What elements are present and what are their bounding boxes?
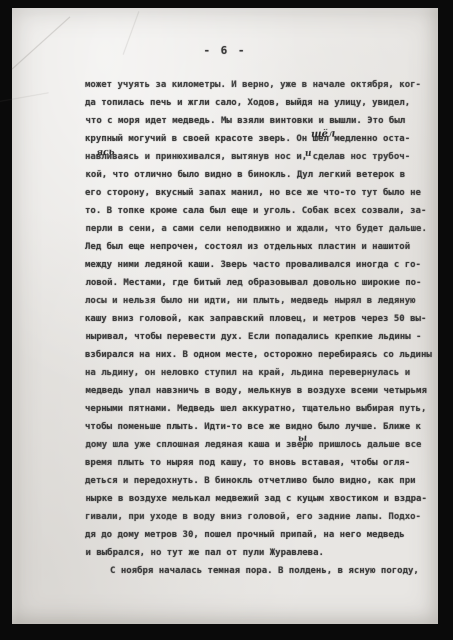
text-line: кой, что отлично было видно в бинокль. Д…	[86, 166, 440, 184]
text-line: дя до дому метров 30, пошел прочный прип…	[85, 526, 439, 544]
text-body: может учуять за километры. И верно, уже …	[85, 76, 439, 580]
text-line: на льдину, он неловко ступил на край, ль…	[85, 364, 439, 382]
text-line: ловой. Местами, где битый лед образовыва…	[86, 274, 440, 292]
text-line: его сторону, вкусный запах манил, но все…	[85, 184, 439, 202]
page-number: - 6 -	[12, 44, 438, 57]
text-line: что с моря идет медведь. Мы взяли винтов…	[86, 112, 440, 130]
text-line: кашу вниз головой, как заправский пловец…	[85, 310, 439, 328]
text-line: ныривал, чтобы перевести дух. Если попад…	[86, 328, 440, 346]
paper-crease	[11, 16, 70, 70]
text-line: деться и передохнуть. В бинокль отчетлив…	[85, 472, 439, 490]
text-line: С ноября началась темная пора. В полдень…	[85, 562, 439, 580]
text-line: крупный могучий в своей красоте зверь. О…	[85, 130, 439, 148]
text-line: между ними ледяной каши. Зверь часто про…	[85, 256, 439, 274]
text-line: медведь упал навзничь в воду, мелькнув в…	[86, 382, 440, 400]
paper-crease	[0, 92, 49, 104]
text-line: лосы и нельзя было ни идти, ни плыть, ме…	[85, 292, 439, 310]
text-line: то. В топке кроме сала был еще и уголь. …	[85, 202, 439, 220]
text-line: и выбрался, но тут же пал от пули Журавл…	[86, 544, 440, 562]
scan-black-border: - 6 - может учуять за километры. И верно…	[0, 0, 453, 640]
text-line: может учуять за километры. И верно, уже …	[85, 76, 439, 94]
text-line: нырке в воздухе мелькал медвежий зад с к…	[86, 490, 440, 508]
text-line: черными пятнами. Медведь шел аккуратно, …	[85, 400, 439, 418]
text-line: чтобы поменьше плыть. Идти-то все же вид…	[85, 418, 439, 436]
text-line: да топилась печь и жгли сало, Ходов, вый…	[85, 94, 439, 112]
text-line: дому шла уже сплошная ледяная каша и зве…	[86, 436, 440, 454]
text-line: Лед был еще непрочен, состоял из отдельн…	[85, 238, 439, 256]
text-line: перли в сени, а сами сели неподвижно и ж…	[86, 220, 440, 238]
text-line: навливаясь и принюхивался, вытянув нос и…	[85, 148, 439, 166]
text-line: гивали, при уходе в воду вниз головой, е…	[85, 508, 439, 526]
text-line: взбирался на них. В одном месте, осторож…	[85, 346, 439, 364]
document-page: - 6 - может учуять за километры. И верно…	[12, 8, 438, 624]
text-line: время плыть то ныряя под кашу, то вновь …	[85, 454, 439, 472]
